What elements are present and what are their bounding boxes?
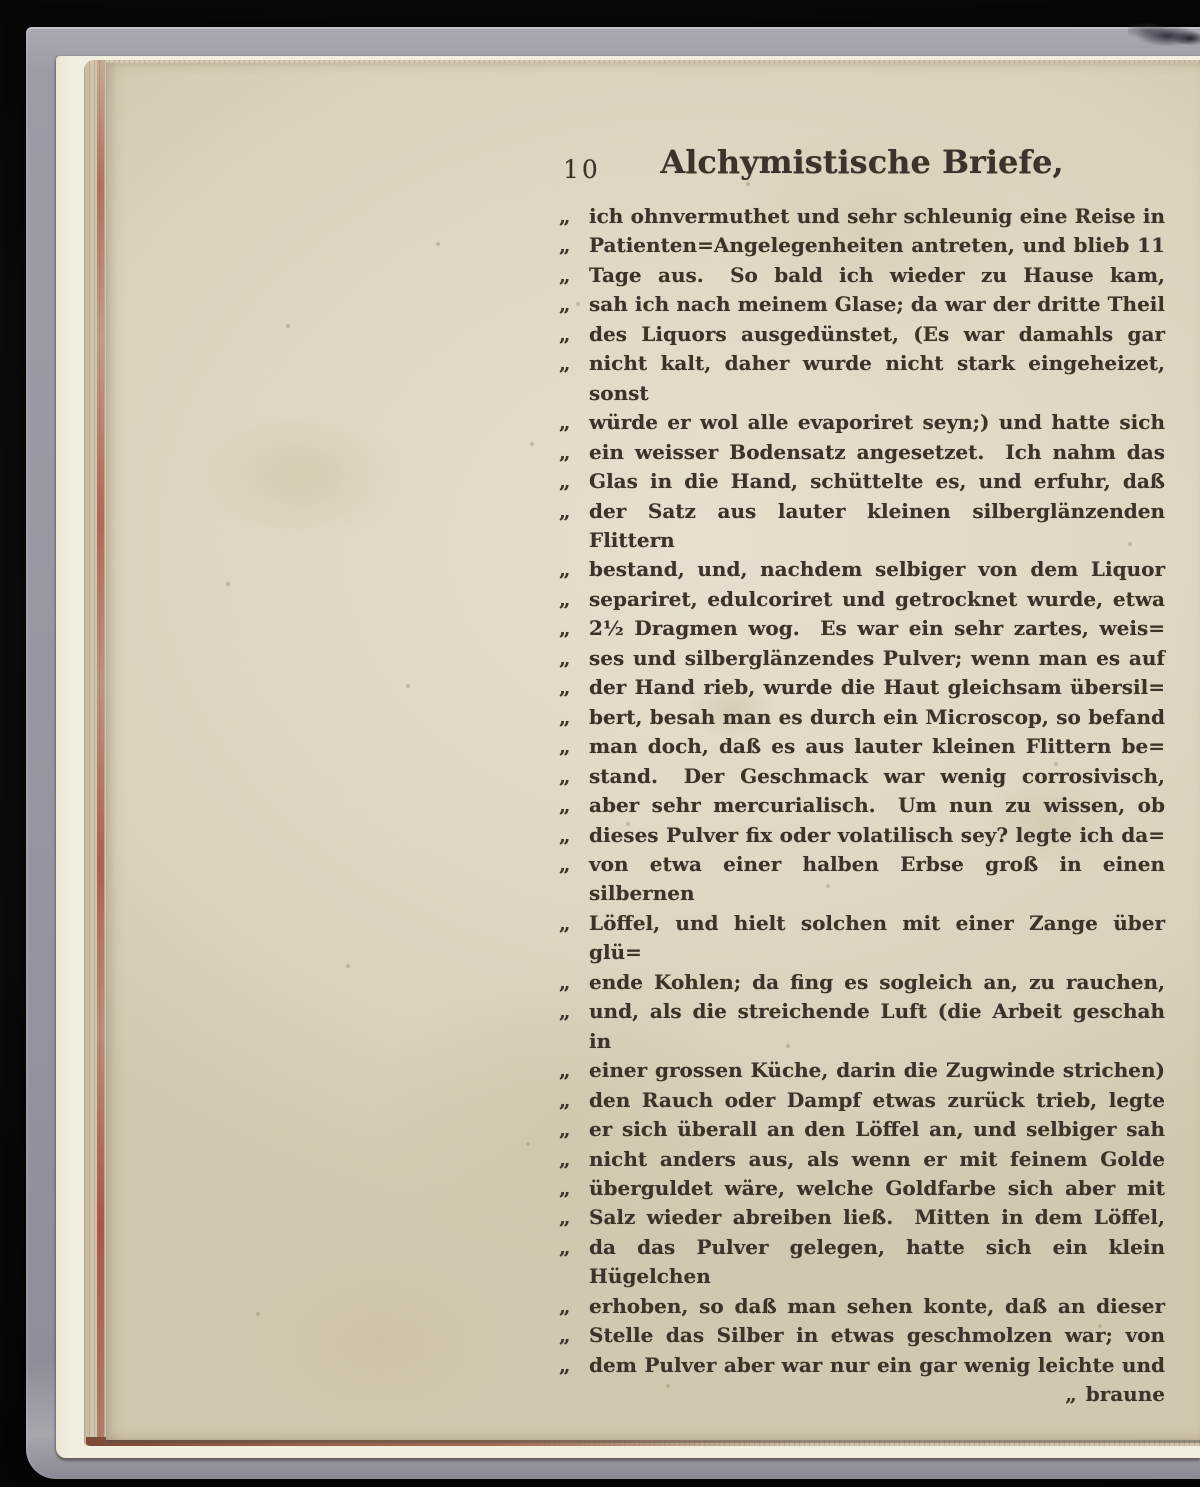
text-line: „Salz wieder abreiben ließ. Mitten in de… bbox=[559, 1203, 1165, 1232]
text-line-content: nicht kalt, daher wurde nicht stark eing… bbox=[589, 349, 1165, 408]
text-line: „und, als die streichende Luft (die Arbe… bbox=[559, 997, 1165, 1056]
text-line-content: würde er wol alle evaporiret seyn;) und … bbox=[589, 408, 1165, 437]
quote-mark: „ bbox=[559, 614, 589, 643]
text-line-content: erhoben, so daß man sehen konte, daß an … bbox=[589, 1292, 1165, 1321]
text-line-content: nicht anders aus, als wenn er mit feinem… bbox=[589, 1145, 1165, 1174]
quote-mark: „ bbox=[559, 438, 589, 467]
quote-mark: „ bbox=[559, 968, 589, 997]
text-line-content: man doch, daß es aus lauter kleinen Flit… bbox=[589, 732, 1165, 761]
quote-mark: „ bbox=[1065, 1382, 1077, 1406]
text-line: „nicht anders aus, als wenn er mit feine… bbox=[559, 1145, 1165, 1174]
quote-mark: „ bbox=[559, 1203, 589, 1232]
quote-mark: „ bbox=[559, 1145, 589, 1174]
text-line-content: da das Pulver gelegen, hatte sich ein kl… bbox=[589, 1233, 1165, 1292]
text-line-content: überguldet wäre, welche Goldfarbe sich a… bbox=[589, 1174, 1165, 1203]
text-line: „einer grossen Küche, darin die Zugwinde… bbox=[559, 1056, 1165, 1085]
text-line: „separiret, edulcoriret und getrocknet w… bbox=[559, 585, 1165, 614]
text-line: „aber sehr mercurialisch. Um nun zu wiss… bbox=[559, 791, 1165, 820]
text-line-content: er sich überall an den Löffel an, und se… bbox=[589, 1115, 1165, 1144]
text-line: „er sich überall an den Löffel an, und s… bbox=[559, 1115, 1165, 1144]
text-line-content: einer grossen Küche, darin die Zugwinde … bbox=[589, 1056, 1165, 1085]
quote-mark: „ bbox=[559, 821, 589, 850]
text-line: „von etwa einer halben Erbse groß in ein… bbox=[559, 850, 1165, 909]
text-line: „erhoben, so daß man sehen konte, daß an… bbox=[559, 1292, 1165, 1321]
quote-mark: „ bbox=[559, 555, 589, 584]
text-line: „würde er wol alle evaporiret seyn;) und… bbox=[559, 408, 1165, 437]
text-line-content: ich ohnvermuthet und sehr schleunig eine… bbox=[589, 202, 1165, 231]
text-line: „Stelle das Silber in etwas geschmolzen … bbox=[559, 1321, 1165, 1350]
text-line-content: bestand, und, nachdem selbiger von dem L… bbox=[589, 555, 1165, 584]
quote-mark: „ bbox=[559, 1174, 589, 1203]
text-line: „sah ich nach meinem Glase; da war der d… bbox=[559, 290, 1165, 319]
quote-mark: „ bbox=[559, 585, 589, 614]
quote-mark: „ bbox=[559, 320, 589, 349]
text-line-content: Salz wieder abreiben ließ. Mitten in dem… bbox=[589, 1203, 1165, 1232]
text-line-content: aber sehr mercurialisch. Um nun zu wisse… bbox=[589, 791, 1165, 820]
quote-mark: „ bbox=[559, 261, 589, 290]
text-line: „des Liquors ausgedünstet, (Es war damah… bbox=[559, 320, 1165, 349]
text-line: „Patienten=Angelegenheiten antreten, und… bbox=[559, 231, 1165, 260]
text-line: „da das Pulver gelegen, hatte sich ein k… bbox=[559, 1233, 1165, 1292]
quote-mark: „ bbox=[559, 1233, 589, 1292]
quote-mark: „ bbox=[559, 408, 589, 437]
text-line-content: des Liquors ausgedünstet, (Es war damahl… bbox=[589, 320, 1165, 349]
text-line: „dieses Pulver fix oder volatilisch sey?… bbox=[559, 821, 1165, 850]
running-title: Alchymistische Briefe, bbox=[559, 143, 1165, 181]
text-line-content: den Rauch oder Dampf etwas zurück trieb,… bbox=[589, 1086, 1165, 1115]
text-line: „bert, besah man es durch ein Microscop,… bbox=[559, 703, 1165, 732]
quote-mark: „ bbox=[559, 909, 589, 968]
text-line: „den Rauch oder Dampf etwas zurück trieb… bbox=[559, 1086, 1165, 1115]
text-line: „Tage aus. So bald ich wieder zu Hause k… bbox=[559, 261, 1165, 290]
text-line-content: und, als die streichende Luft (die Arbei… bbox=[589, 997, 1165, 1056]
catchword-line: „braune bbox=[559, 1380, 1165, 1409]
text-line-content: Stelle das Silber in etwas geschmolzen w… bbox=[589, 1321, 1165, 1350]
quote-mark: „ bbox=[559, 791, 589, 820]
text-line: „nicht kalt, daher wurde nicht stark ein… bbox=[559, 349, 1165, 408]
quote-mark: „ bbox=[559, 1292, 589, 1321]
text-line: „ende Kohlen; da fing es sogleich an, zu… bbox=[559, 968, 1165, 997]
cover-corner-smudge bbox=[1128, 16, 1200, 52]
quote-mark: „ bbox=[559, 497, 589, 556]
book-page: 10 Alchymistische Briefe, „ich ohnvermut… bbox=[106, 63, 1200, 1440]
text-line-content: separiret, edulcoriret und getrocknet wu… bbox=[589, 585, 1165, 614]
quote-mark: „ bbox=[559, 732, 589, 761]
text-line-content: von etwa einer halben Erbse groß in eine… bbox=[589, 850, 1165, 909]
text-line-content: Tage aus. So bald ich wieder zu Hause ka… bbox=[589, 261, 1165, 290]
text-line-content: ses und silberglänzendes Pulver; wenn ma… bbox=[589, 644, 1165, 673]
text-line-content: der Satz aus lauter kleinen silberglänze… bbox=[589, 497, 1165, 556]
text-line: „Löffel, und hielt solchen mit einer Zan… bbox=[559, 909, 1165, 968]
text-line: „der Satz aus lauter kleinen silberglänz… bbox=[559, 497, 1165, 556]
book-photo: 10 Alchymistische Briefe, „ich ohnvermut… bbox=[0, 0, 1200, 1487]
quote-mark: „ bbox=[559, 997, 589, 1056]
quote-mark: „ bbox=[559, 467, 589, 496]
quote-mark: „ bbox=[559, 762, 589, 791]
text-line-content: 2½ Dragmen wog. Es war ein sehr zartes, … bbox=[589, 614, 1165, 643]
text-line: „der Hand rieb, wurde die Haut gleichsam… bbox=[559, 673, 1165, 702]
quote-mark: „ bbox=[559, 673, 589, 702]
text-line: „Glas in die Hand, schüttelte es, und er… bbox=[559, 467, 1165, 496]
text-line: „2½ Dragmen wog. Es war ein sehr zartes,… bbox=[559, 614, 1165, 643]
text-line: „ses und silberglänzendes Pulver; wenn m… bbox=[559, 644, 1165, 673]
text-line-content: der Hand rieb, wurde die Haut gleichsam … bbox=[589, 673, 1165, 702]
text-line-content: stand. Der Geschmack war wenig corrosivi… bbox=[589, 762, 1165, 791]
text-line-content: dem Pulver aber war nur ein gar wenig le… bbox=[589, 1351, 1165, 1380]
quote-mark: „ bbox=[559, 644, 589, 673]
text-line-content: sah ich nach meinem Glase; da war der dr… bbox=[589, 290, 1165, 319]
text-line-content: Löffel, und hielt solchen mit einer Zang… bbox=[589, 909, 1165, 968]
quote-mark: „ bbox=[559, 703, 589, 732]
quote-mark: „ bbox=[559, 1115, 589, 1144]
quote-mark: „ bbox=[559, 1351, 589, 1380]
catchword: braune bbox=[1086, 1382, 1165, 1406]
paper-specks bbox=[107, 63, 109, 65]
text-line-content: dieses Pulver fix oder volatilisch sey? … bbox=[589, 821, 1165, 850]
quote-mark: „ bbox=[559, 850, 589, 909]
quote-mark: „ bbox=[559, 349, 589, 408]
text-line: „man doch, daß es aus lauter kleinen Fli… bbox=[559, 732, 1165, 761]
quote-mark: „ bbox=[559, 202, 589, 231]
text-line-content: bert, besah man es durch ein Microscop, … bbox=[589, 703, 1165, 732]
text-line: „ein weisser Bodensatz angesetzet. Ich n… bbox=[559, 438, 1165, 467]
text-line-content: ein weisser Bodensatz angesetzet. Ich na… bbox=[589, 438, 1165, 467]
quote-mark: „ bbox=[559, 1321, 589, 1350]
text-line: „dem Pulver aber war nur ein gar wenig l… bbox=[559, 1351, 1165, 1380]
quote-mark: „ bbox=[559, 231, 589, 260]
text-line: „überguldet wäre, welche Goldfarbe sich … bbox=[559, 1174, 1165, 1203]
quote-mark: „ bbox=[559, 1056, 589, 1085]
text-line: „ich ohnvermuthet und sehr schleunig ein… bbox=[559, 202, 1165, 231]
quote-mark: „ bbox=[559, 1086, 589, 1115]
text-line-content: ende Kohlen; da fing es sogleich an, zu … bbox=[589, 968, 1165, 997]
text-line-content: Patienten=Angelegenheiten antreten, und … bbox=[589, 231, 1165, 260]
text-line: „bestand, und, nachdem selbiger von dem … bbox=[559, 555, 1165, 584]
text-block: „ich ohnvermuthet und sehr schleunig ein… bbox=[559, 202, 1165, 1410]
quote-mark: „ bbox=[559, 290, 589, 319]
text-line: „stand. Der Geschmack war wenig corrosiv… bbox=[559, 762, 1165, 791]
text-line-content: Glas in die Hand, schüttelte es, und erf… bbox=[589, 467, 1165, 496]
